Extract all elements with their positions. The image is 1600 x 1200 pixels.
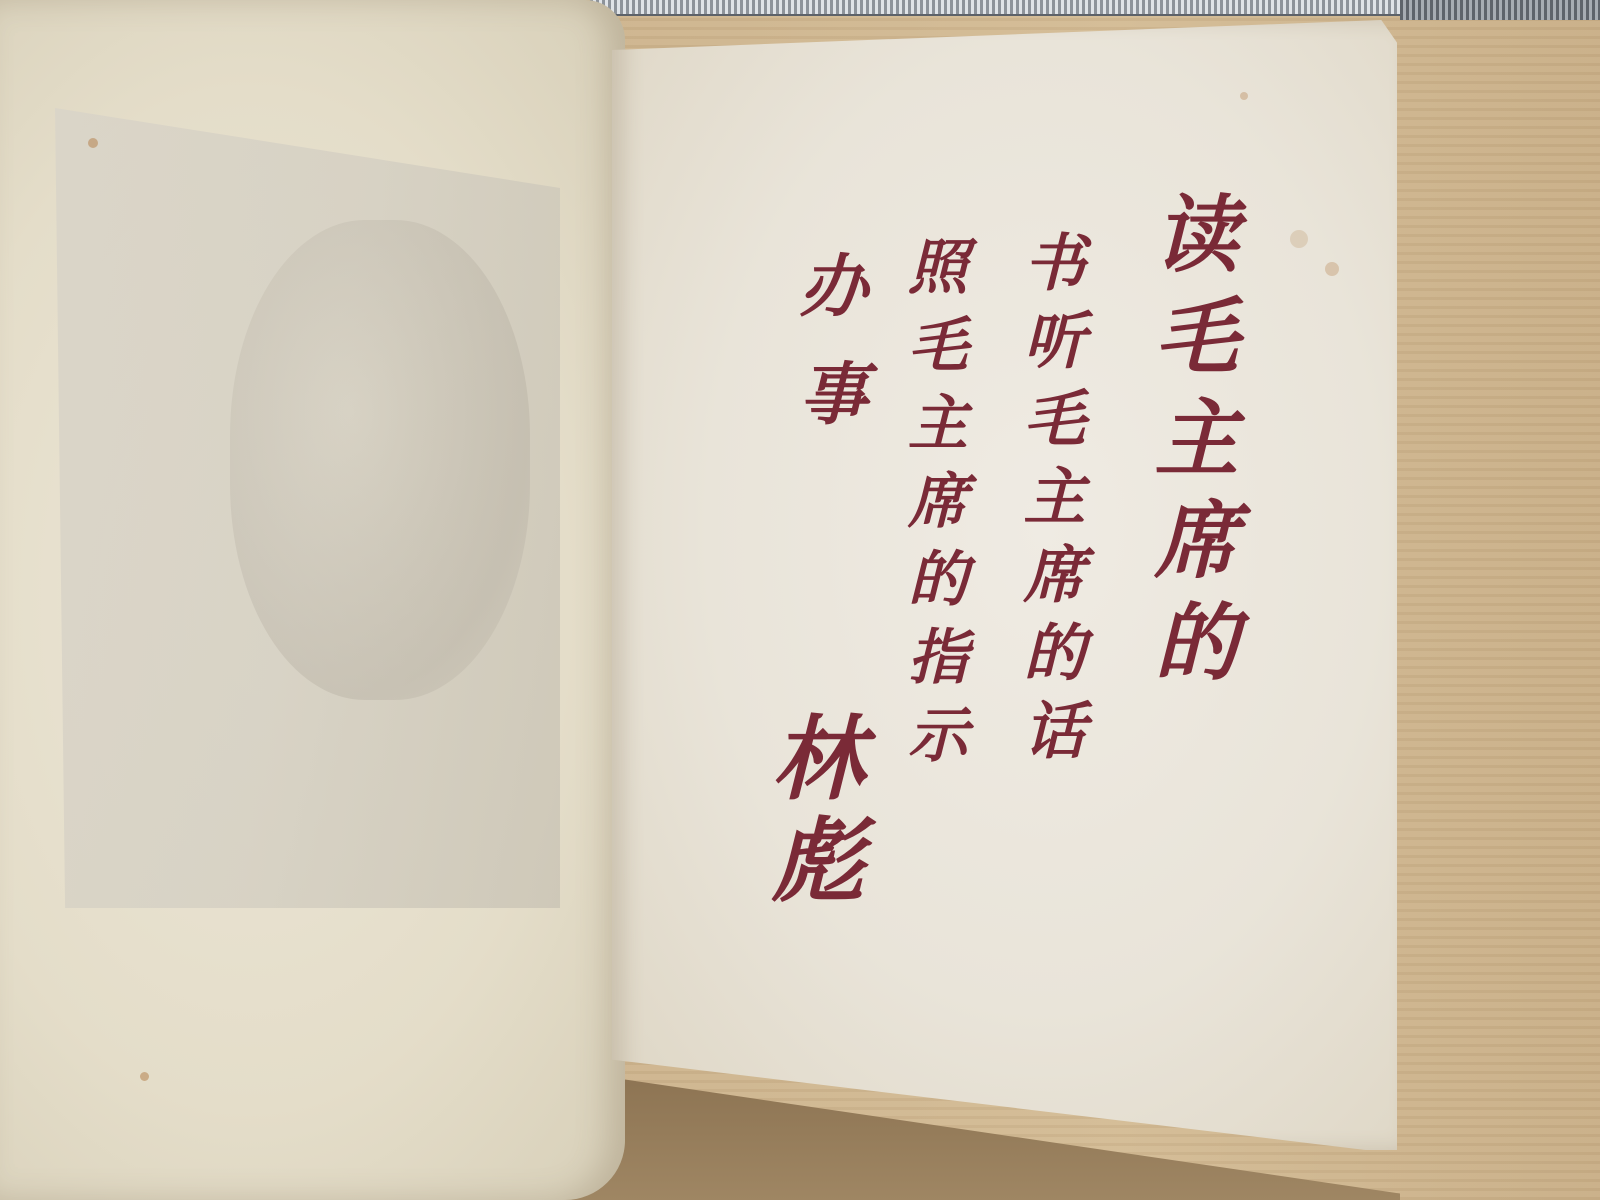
inscription-column-4: 办事 xyxy=(780,250,877,466)
foxing-spot xyxy=(1325,262,1339,276)
foxing-spot xyxy=(1290,230,1308,248)
inscription-column-2: 书听毛主席的话 xyxy=(1005,230,1094,776)
foxing-spot xyxy=(88,138,98,148)
foxing-spot xyxy=(1240,92,1248,100)
inscription-column-3: 照毛主席的指示 xyxy=(890,235,976,781)
inscription-column-1: 读毛主席的 xyxy=(1130,190,1251,700)
left-page xyxy=(0,0,625,1200)
inscription-signature: 林彪 xyxy=(745,710,877,914)
portrait-show-through xyxy=(230,220,530,700)
metal-grille-dark xyxy=(1400,0,1600,20)
foxing-spot xyxy=(140,1072,149,1081)
